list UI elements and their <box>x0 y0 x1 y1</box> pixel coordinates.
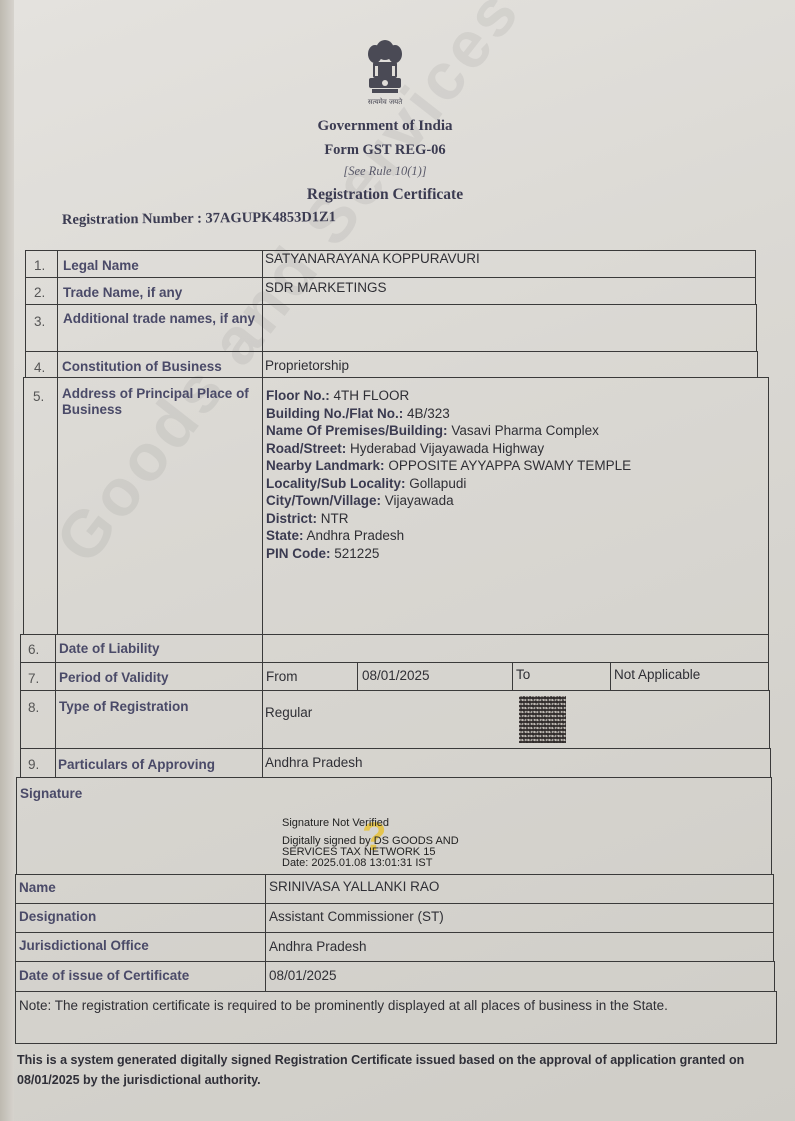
row-divider <box>262 377 263 635</box>
value-jurisdictional-office: Andhra Pradesh <box>269 938 367 956</box>
row-divider <box>55 662 56 691</box>
value-officer-name: SRINIVASA YALLANKI RAO <box>269 878 439 896</box>
signature-status: Signature Not Verified <box>282 818 389 829</box>
footer-disclaimer: This is a system generated digitally sig… <box>17 1050 777 1090</box>
address-line: Nearby Landmark: OPPOSITE AYYAPPA SWAMY … <box>266 457 631 475</box>
address-line: Locality/Sub Locality: Gollapudi <box>266 475 631 493</box>
address-line: Name Of Premises/Building: Vasavi Pharma… <box>266 422 631 440</box>
value-trade-name: SDR MARKETINGS <box>265 279 387 297</box>
validity-to-date: Not Applicable <box>614 666 700 684</box>
label-period-of-validity: Period of Validity <box>59 669 169 687</box>
row-divider <box>262 690 263 749</box>
validity-from-label: From <box>266 668 298 686</box>
registration-table: 1. Legal Name SATYANARAYANA KOPPURAVURI … <box>0 0 795 1121</box>
qr-code-icon <box>519 696 566 743</box>
row-divider <box>512 662 513 691</box>
row-number: 5. <box>33 388 44 406</box>
label-date-of-issue: Date of issue of Certificate <box>19 967 189 985</box>
row-divider <box>262 304 263 352</box>
address-line: Floor No.: 4TH FLOOR <box>266 387 631 405</box>
certificate-page: Goods and Services Tax सत्यमेव जयते Gove… <box>0 0 795 1121</box>
validity-from-date: 08/01/2025 <box>362 667 430 685</box>
label-date-of-liability: Date of Liability <box>59 640 160 658</box>
row-divider <box>262 277 263 305</box>
row-number: 1. <box>34 257 45 275</box>
address-line: City/Town/Village: Vijayawada <box>266 492 631 510</box>
row-number: 6. <box>28 641 39 659</box>
label-constitution: Constitution of Business <box>62 358 222 376</box>
label-type-of-registration: Type of Registration <box>59 698 189 716</box>
label-address: Address of Principal Place of Business <box>62 386 260 418</box>
row-divider <box>262 662 263 691</box>
address-line: PIN Code: 521225 <box>266 545 631 563</box>
row-divider <box>57 250 58 278</box>
row-divider <box>55 634 56 663</box>
row-divider <box>55 690 56 749</box>
row-divider <box>57 377 58 635</box>
row-divider <box>610 662 611 691</box>
value-date-of-issue: 08/01/2025 <box>269 967 337 985</box>
signature-date: Date: 2025.01.08 13:01:31 IST <box>282 858 432 869</box>
label-additional-trade-names: Additional trade names, if any <box>63 311 258 327</box>
address-line: District: NTR <box>266 510 631 528</box>
value-constitution: Proprietorship <box>265 357 349 375</box>
label-particulars-of-approving: Particulars of Approving <box>58 756 215 774</box>
row-divider <box>262 634 263 663</box>
value-particulars-of-approving: Andhra Pradesh <box>265 754 363 772</box>
address-line: Building No./Flat No.: 4B/323 <box>266 405 631 423</box>
label-designation: Designation <box>19 908 96 926</box>
validity-to-label: To <box>516 666 530 684</box>
row-divider <box>262 250 263 278</box>
row-number: 4. <box>34 359 45 377</box>
row-divider <box>57 351 58 378</box>
note-text: Note: The registration certificate is re… <box>19 997 668 1015</box>
address-block: Floor No.: 4TH FLOOR Building No./Flat N… <box>266 387 631 562</box>
row-number: 9. <box>28 756 39 774</box>
row-number: 8. <box>28 699 39 717</box>
row-divider <box>57 277 58 305</box>
address-line: Road/Street: Hyderabad Vijayawada Highwa… <box>266 440 631 458</box>
row-number: 2. <box>34 284 45 302</box>
value-designation: Assistant Commissioner (ST) <box>269 908 444 926</box>
label-officer-name: Name <box>19 879 56 897</box>
row-divider <box>262 748 263 778</box>
label-jurisdictional-office: Jurisdictional Office <box>19 937 149 955</box>
label-trade-name: Trade Name, if any <box>63 284 182 302</box>
label-legal-name: Legal Name <box>63 257 139 275</box>
row-number: 3. <box>34 313 45 331</box>
row-divider <box>357 662 358 691</box>
signature-label: Signature <box>20 785 82 803</box>
row-divider <box>55 748 56 778</box>
value-type-of-registration: Regular <box>265 704 312 722</box>
row-divider <box>262 351 263 378</box>
row-number: 7. <box>28 670 39 688</box>
value-legal-name: SATYANARAYANA KOPPURAVURI <box>265 250 480 268</box>
address-line: State: Andhra Pradesh <box>266 527 631 545</box>
row-divider <box>57 304 58 352</box>
